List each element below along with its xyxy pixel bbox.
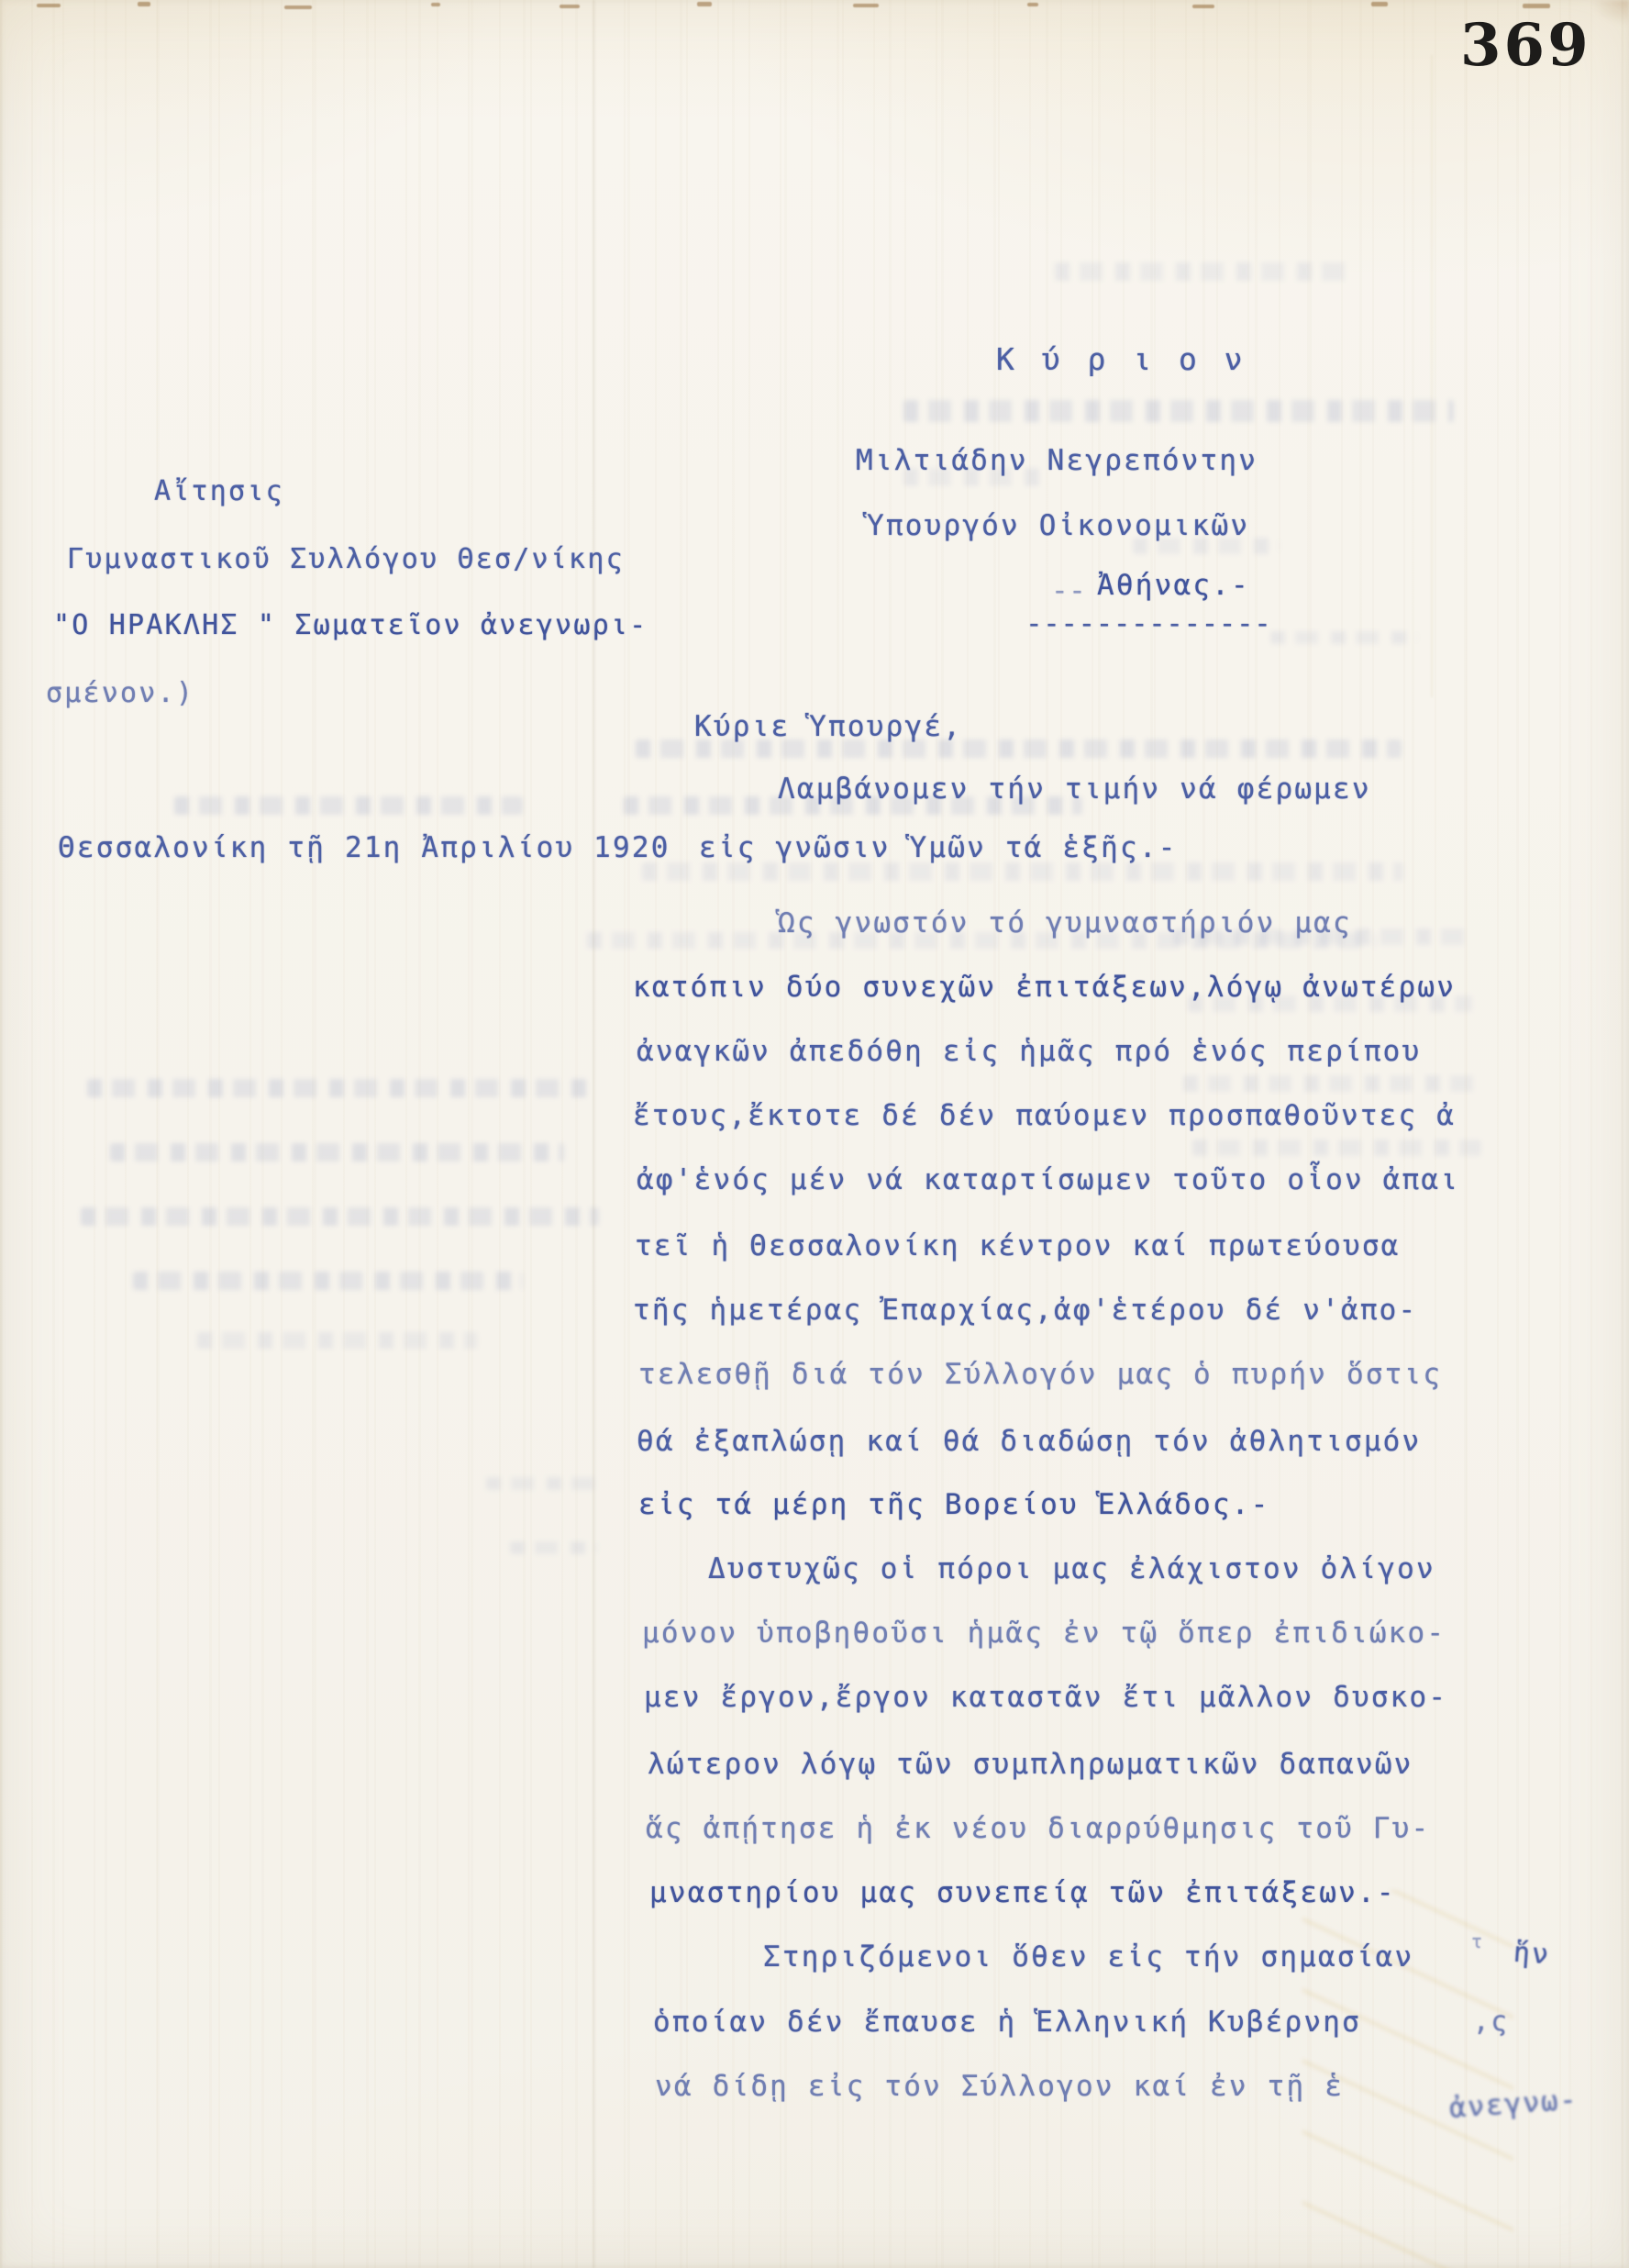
opening-line: Λαμβάνομεν τήν τιμήν νά φέρωμεν	[778, 773, 1371, 806]
margin-note-line-2: Γυμναστικοῦ Συλλόγου Θεσ/νίκης	[67, 543, 625, 575]
stray-superscript-mark: τ	[1471, 1930, 1484, 1952]
body-line-19: νά δίδῃ εἰς τόν Σύλλογον καί ἐν τῇ ἑ	[655, 2070, 1344, 2103]
bleedthrough-ghost	[510, 1541, 597, 1554]
body-line-17: Στηριζόμενοι ὅθεν εἰς τήν σημασίαν	[763, 1940, 1413, 1973]
bleedthrough-ghost	[1183, 1075, 1481, 1092]
body-line-8: τελεσθῇ διά τόν Σύλλογόν μας ὁ πυρήν ὅστ…	[638, 1358, 1442, 1391]
body-line-2: κατόπιν δύο συνεχῶν ἐπιτάξεων,λόγῳ ἀνωτέ…	[633, 971, 1456, 1004]
bleedthrough-ghost	[87, 1079, 596, 1097]
body-line-11: Δυστυχῶς οἱ πόροι μας ἐλάχιστον ὀλίγον	[708, 1552, 1435, 1585]
recipient-title: Ὑπουργόν Οἰκονομικῶν	[867, 509, 1249, 542]
bleedthrough-ghost	[197, 1332, 477, 1349]
body-line-3: ἀναγκῶν ἀπεδόθη εἰς ἡμᾶς πρό ἑνός περίπο…	[637, 1035, 1421, 1068]
bleedthrough-ghost	[133, 1272, 523, 1290]
body-line-9: θά ἐξαπλώσῃ καί θά διαδώσῃ τόν ἀθλητισμό…	[637, 1425, 1421, 1458]
stray-smudged-word: ἀνεγνω-	[1448, 2084, 1579, 2125]
margin-note-line-4: σμένον.)	[46, 677, 194, 709]
bleedthrough-ghost	[486, 1477, 605, 1490]
bleedthrough-ghost	[1270, 631, 1417, 644]
body-line-6: τεῖ ἡ Θεσσαλονίκη κέντρον καί πρωτεύουσα	[635, 1229, 1401, 1262]
date-row-continuation: εἰς γνῶσιν Ὑμῶν τά ἑξῆς.-	[699, 831, 1178, 864]
margin-note-line-3: "Ο ΗΡΑΚΛΗΣ " Σωματεῖον ἀνεγνωρι-	[53, 609, 648, 641]
place-date: Θεσσαλονίκη τῇ 21η Ἀπριλίου 1920	[58, 831, 670, 864]
stray-word-hn: ἥν	[1513, 1937, 1551, 1972]
body-line-10: εἰς τά μέρη τῆς Βορείου Ἑλλάδος.-	[638, 1488, 1270, 1521]
body-line-5: ἀφ'ἑνός μέν νά καταρτίσωμεν τοῦτο οἷον ἀ…	[637, 1163, 1459, 1196]
salutation: Κύριε Ὑπουργέ,	[694, 710, 962, 743]
recipient-name: Μιλτιάδην Νεγρεπόντην	[856, 444, 1258, 477]
body-line-13: μεν ἔργον,ἔργον καταστᾶν ἔτι μᾶλλον δυσκ…	[644, 1681, 1447, 1714]
body-line-7: τῆς ἡμετέρας Ἐπαρχίας,ἀφ'ἑτέρου δέ ν'ἀπο…	[633, 1294, 1417, 1327]
bleedthrough-ghost	[642, 862, 1403, 881]
edge-speck	[1027, 3, 1038, 6]
edge-speck	[284, 6, 312, 9]
body-line-18: ὁποίαν δέν ἔπαυσε ἡ Ἑλληνική Κυβέρνησ	[653, 2006, 1361, 2039]
recipient-kyrion: Κ ύ ρ ι ο ν	[996, 341, 1247, 377]
body-line-14: λώτερον λόγῳ τῶν συμπληρωματικῶν δαπανῶν	[648, 1748, 1413, 1781]
paper-texture	[0, 0, 1629, 2268]
recipient-underline-dashes: --------------	[1025, 607, 1271, 640]
bleedthrough-ghost	[81, 1207, 599, 1226]
body-line-12: μόνον ὑποβηθοῦσι ἡμᾶς ἐν τῷ ὅπερ ἐπιδιώκ…	[642, 1617, 1446, 1650]
recipient-city: Ἀθήνας.-	[1097, 569, 1250, 602]
bleedthrough-ghost	[903, 400, 1454, 422]
edge-speck	[431, 3, 440, 6]
bleedthrough-ghost	[174, 796, 523, 815]
edge-speck	[1523, 4, 1550, 8]
stray-letters-is: ,ς	[1473, 2006, 1509, 2037]
crease-line	[1431, 55, 1433, 697]
edge-speck	[560, 5, 580, 8]
bleedthrough-ghost	[1192, 1140, 1481, 1156]
margin-note-line-1: Αἴτησις	[154, 475, 284, 507]
recipient-city-prefix-dashes: --	[1051, 574, 1086, 607]
edge-speck	[697, 2, 712, 6]
page-number: 369	[1460, 11, 1591, 80]
body-line-16: μναστηρίου μας συνεπείᾳ τῶν ἐπιτάξεων.-	[649, 1876, 1396, 1909]
edge-speck	[138, 2, 150, 6]
edge-speck	[853, 4, 879, 7]
edge-speck	[1192, 5, 1214, 8]
body-line-4: ἔτους,ἔκτοτε δέ δέν παύομεν προσπαθοῦντε…	[633, 1099, 1456, 1132]
bleedthrough-ghost	[110, 1143, 564, 1162]
bleedthrough-ghost	[1055, 262, 1357, 281]
crease-line	[593, 0, 595, 2268]
body-line-1: Ὡς γνωστόν τό γυμναστήριόν μας	[778, 906, 1352, 939]
edge-speck	[1371, 2, 1388, 6]
edge-speck	[37, 4, 61, 7]
scanned-letter-page: 369 Αἴτησις Γυμναστικοῦ Συλλόγου Θεσ/νίκ…	[0, 0, 1629, 2268]
body-line-15: ἅς ἀπῄτησε ἡ ἐκ νέου διαρρύθμησις τοῦ Γυ…	[646, 1812, 1430, 1845]
